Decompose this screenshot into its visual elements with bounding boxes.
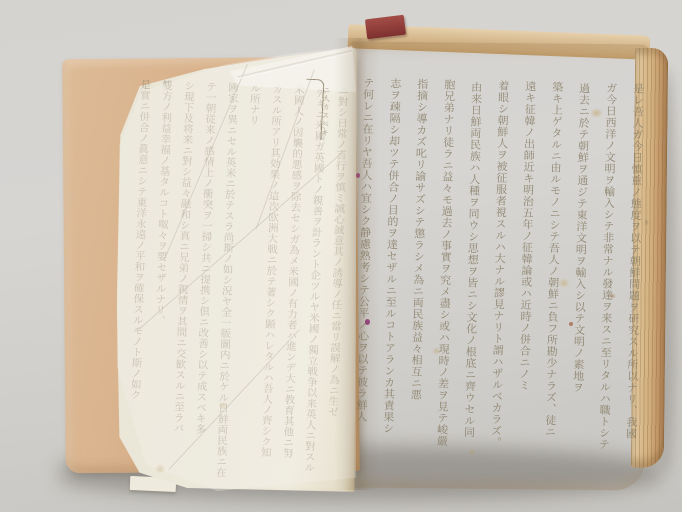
photo-of-open-manuscript-book: 是レ吾人ガ今日慎重ノ態度ヲ以テ朝鮮問題ヲ研究スル所以ナリ、我國ガ今日西洋ノ文明ヲ… — [0, 0, 682, 512]
right-page-handwritten-text: 是レ吾人ガ今日慎重ノ態度ヲ以テ朝鮮問題ヲ研究スル所以ナリ、我國ガ今日西洋ノ文明ヲ… — [348, 77, 652, 457]
gutter-shadow — [334, 38, 380, 490]
